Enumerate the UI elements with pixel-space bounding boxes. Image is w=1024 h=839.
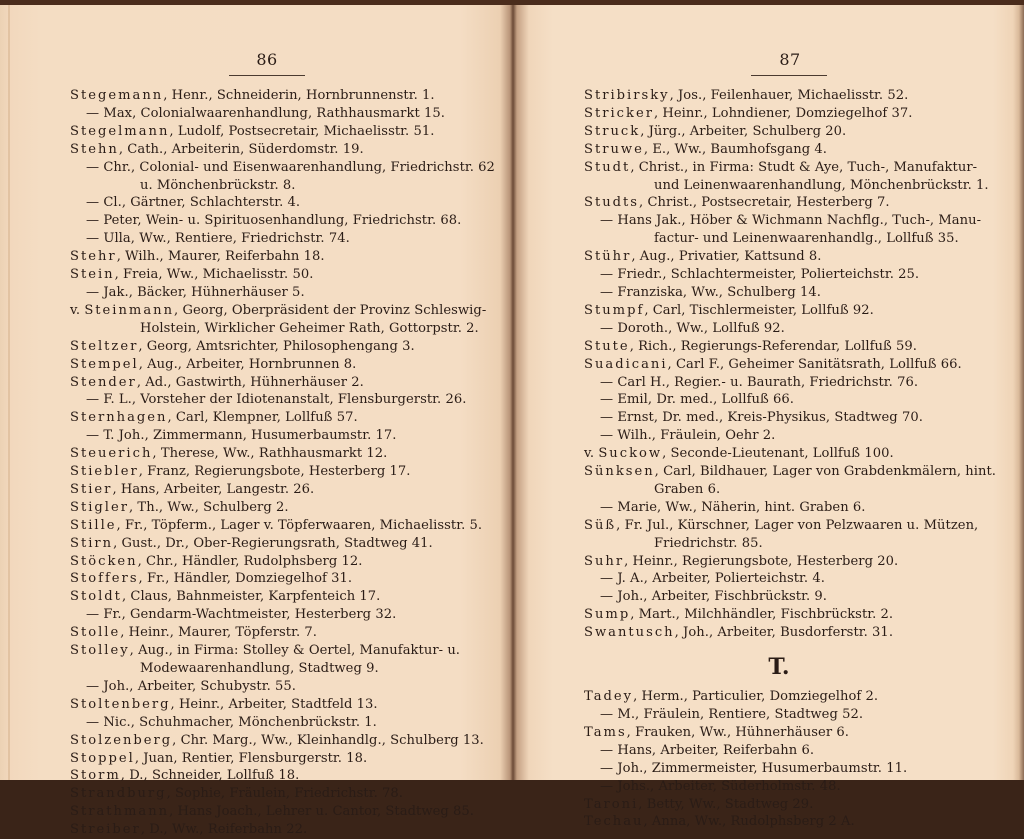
directory-entry: v. Steinmann, Georg, Oberpräsident der P… xyxy=(70,302,470,338)
surname: Süß xyxy=(584,518,616,533)
directory-entry: Stiebler, Franz, Regierungsbote, Hesterb… xyxy=(70,463,470,481)
entry-details: — Marie, Ww., Näherin, hint. Graben 6. xyxy=(600,500,866,515)
entry-details: , Carl, Bildhauer, Lager von Grabdenkmäl… xyxy=(655,464,996,479)
directory-entry: Steuerich, Therese, Ww., Rathhausmarkt 1… xyxy=(70,445,470,463)
directory-sub-entry: — F. L., Vorsteher der Idiotenanstalt, F… xyxy=(70,391,470,409)
directory-sub-entry: — Ulla, Ww., Rentiere, Friedrichstr. 74. xyxy=(70,230,470,248)
entry-details: , Carl, Tischlermeister, Lollfuß 92. xyxy=(644,303,874,318)
entry-details: — Joh., Arbeiter, Fischbrückstr. 9. xyxy=(600,589,827,604)
directory-sub-entry: — Jak., Bäcker, Hühnerhäuser 5. xyxy=(70,284,470,302)
entry-details: , Seconde-Lieutenant, Lollfuß 100. xyxy=(662,446,894,461)
surname: Steinmann xyxy=(84,303,174,318)
surname: Stute xyxy=(584,339,630,354)
directory-entry: Stigler, Th., Ww., Schulberg 2. xyxy=(70,499,470,517)
entry-details: , Carl F., Geheimer Sanitätsrath, Lollfu… xyxy=(668,357,962,372)
entry-details: , Ad., Gastwirth, Hühnerhäuser 2. xyxy=(137,375,364,390)
directory-sub-entry: — Cl., Gärtner, Schlachterstr. 4. xyxy=(70,194,470,212)
entry-details: — Ernst, Dr. med., Kreis-Physikus, Stadt… xyxy=(600,410,923,425)
surname: Struwe xyxy=(584,142,644,157)
entry-details: — T. Joh., Zimmermann, Husumerbaumstr. 1… xyxy=(86,428,397,443)
name-prefix: v. xyxy=(70,303,84,318)
entry-details: , Frauken, Ww., Hühnerhäuser 6. xyxy=(627,725,849,740)
entry-details: , Christ., Postsecretair, Hesterberg 7. xyxy=(639,195,890,210)
entry-details: — Wilh., Fräulein, Oehr 2. xyxy=(600,428,775,443)
directory-entry: Struck, Jürg., Arbeiter, Schulberg 20. xyxy=(584,123,994,141)
entry-details: , Therese, Ww., Rathhausmarkt 12. xyxy=(152,446,387,461)
surname: Stiebler xyxy=(70,464,139,479)
surname: Stille xyxy=(70,518,117,533)
directory-sub-entry: — Carl H., Regier.- u. Baurath, Friedric… xyxy=(584,374,994,392)
directory-entry: Süß, Fr. Jul., Kürschner, Lager von Pelz… xyxy=(584,517,994,553)
directory-entry: Stegelmann, Ludolf, Postsecretair, Micha… xyxy=(70,123,470,141)
entry-details: , E., Ww., Baumhofsgang 4. xyxy=(644,142,827,157)
directory-entry: Stegemann, Henr., Schneiderin, Hornbrunn… xyxy=(70,87,470,105)
entry-details: , Henr., Schneiderin, Hornbrunnenstr. 1. xyxy=(163,88,434,103)
entry-details: — Franziska, Ww., Schulberg 14. xyxy=(600,285,821,300)
directory-sub-entry: — Marie, Ww., Näherin, hint. Graben 6. xyxy=(584,499,994,517)
entry-details: — Peter, Wein- u. Spirituosenhandlung, F… xyxy=(86,213,461,228)
entry-details: — Chr., Colonial- und Eisenwaarenhandlun… xyxy=(86,160,495,175)
surname: Swantusch xyxy=(584,625,675,640)
surname: Stein xyxy=(70,267,115,282)
surname: Steltzer xyxy=(70,339,138,354)
directory-entry: Stirn, Gust., Dr., Ober-Regierungsrath, … xyxy=(70,535,470,553)
entry-details: — Fr., Gendarm-Wachtmeister, Hesterberg … xyxy=(86,607,396,622)
directory-entry: Stein, Freia, Ww., Michaelisstr. 50. xyxy=(70,266,470,284)
entry-details: , Herm., Particulier, Domziegelhof 2. xyxy=(633,689,878,704)
surname: Sünksen xyxy=(584,464,655,479)
directory-entry: Tams, Frauken, Ww., Hühnerhäuser 6. xyxy=(584,724,994,742)
directory-entry: Stute, Rich., Regierungs-Referendar, Lol… xyxy=(584,338,994,356)
entry-details: — Max, Colonialwaarenhandlung, Rathhausm… xyxy=(86,106,445,121)
directory-entry: Stoltenberg, Heinr., Arbeiter, Stadtfeld… xyxy=(70,696,470,714)
surname: Stolley xyxy=(70,643,130,658)
entry-details: , Freia, Ww., Michaelisstr. 50. xyxy=(115,267,314,282)
surname: Stigler xyxy=(70,500,129,515)
entry-continuation: Holstein, Wirklicher Geheimer Rath, Gott… xyxy=(70,320,470,338)
directory-entry: Stoppel, Juan, Rentier, Flensburgerstr. … xyxy=(70,750,470,768)
entry-details: , Fr. Jul., Kürschner, Lager von Pelzwaa… xyxy=(616,518,978,533)
directory-entry: Stolle, Heinr., Maurer, Töpferstr. 7. xyxy=(70,624,470,642)
entry-details: , Aug., Privatier, Kattsund 8. xyxy=(631,249,821,264)
entry-details: , Chr., Händler, Rudolphsberg 12. xyxy=(138,554,363,569)
entry-details: — Hans, Arbeiter, Reiferbahn 6. xyxy=(600,743,814,758)
entry-details: , Ludolf, Postsecretair, Michaelisstr. 5… xyxy=(169,124,434,139)
surname: Tams xyxy=(584,725,627,740)
page-number: 86 xyxy=(207,50,327,69)
surname: Stempel xyxy=(70,357,139,372)
entry-details: , Fr., Händler, Domziegelhof 31. xyxy=(139,571,353,586)
directory-entry: Stolley, Aug., in Firma: Stolley & Oerte… xyxy=(70,642,470,678)
directory-entry: Suhr, Heinr., Regierungsbote, Hesterberg… xyxy=(584,553,994,571)
entry-details: , Th., Ww., Schulberg 2. xyxy=(129,500,289,515)
directory-entry: Stoffers, Fr., Händler, Domziegelhof 31. xyxy=(70,570,470,588)
surname: Stoltenberg xyxy=(70,697,171,712)
entry-continuation: u. Mönchenbrückstr. 8. xyxy=(86,177,470,195)
surname: Stolle xyxy=(70,625,120,640)
entry-details: , Juan, Rentier, Flensburgerstr. 18. xyxy=(135,751,367,766)
directory-sub-entry: — Emil, Dr. med., Lollfuß 66. xyxy=(584,391,994,409)
directory-entry: Tadey, Herm., Particulier, Domziegelhof … xyxy=(584,688,994,706)
directory-entry: Stempel, Aug., Arbeiter, Hornbrunnen 8. xyxy=(70,356,470,374)
surname: Struck xyxy=(584,124,640,139)
directory-sub-entry: — Hans, Arbeiter, Reiferbahn 6. xyxy=(584,742,994,760)
surname: Stegemann xyxy=(70,88,163,103)
entry-details: , Jos., Feilenhauer, Michaelisstr. 52. xyxy=(670,88,909,103)
entry-details: — Ulla, Ww., Rentiere, Friedrichstr. 74. xyxy=(86,231,350,246)
directory-entry: Sünksen, Carl, Bildhauer, Lager von Grab… xyxy=(584,463,994,499)
directory-sub-entry: — Fr., Gendarm-Wachtmeister, Hesterberg … xyxy=(70,606,470,624)
surname: Stolzenberg xyxy=(70,733,172,748)
directory-entry: Stöcken, Chr., Händler, Rudolphsberg 12. xyxy=(70,553,470,571)
entry-details: — Jak., Bäcker, Hühnerhäuser 5. xyxy=(86,285,305,300)
directory-entry: Stühr, Aug., Privatier, Kattsund 8. xyxy=(584,248,994,266)
directory-sub-entry: — Doroth., Ww., Lollfuß 92. xyxy=(584,320,994,338)
surname: Sternhagen xyxy=(70,410,167,425)
directory-entry: Studts, Christ., Postsecretair, Hesterbe… xyxy=(584,194,994,212)
directory-entries: Stegemann, Henr., Schneiderin, Hornbrunn… xyxy=(70,87,470,780)
entry-details: — J. A., Arbeiter, Polierteichstr. 4. xyxy=(600,571,825,586)
entry-details: , Heinr., Lohndiener, Domziegelhof 37. xyxy=(654,106,913,121)
entry-details: , D., Schneider, Lollfuß 18. xyxy=(121,768,300,780)
surname: Storm xyxy=(70,768,121,780)
entry-details: , Gust., Dr., Ober-Regierungsrath, Stadt… xyxy=(113,536,433,551)
surname: Sump xyxy=(584,607,630,622)
directory-entry: Stehn, Cath., Arbeiterin, Süderdomstr. 1… xyxy=(70,141,470,159)
directory-entry: Stehr, Wilh., Maurer, Reiferbahn 18. xyxy=(70,248,470,266)
entry-details: , Heinr., Maurer, Töpferstr. 7. xyxy=(120,625,317,640)
entry-details: , Mart., Milchhändler, Fischbrückstr. 2. xyxy=(630,607,893,622)
surname: Stribirsky xyxy=(584,88,670,103)
directory-entry: Stier, Hans, Arbeiter, Langestr. 26. xyxy=(70,481,470,499)
directory-sub-entry: — J. A., Arbeiter, Polierteichstr. 4. xyxy=(584,570,994,588)
entry-details: , Christ., in Firma: Studt & Aye, Tuch-,… xyxy=(630,160,977,175)
surname: Stirn xyxy=(70,536,113,551)
directory-sub-entry: — Joh., Arbeiter, Schubystr. 55. xyxy=(70,678,470,696)
surname: Suhr xyxy=(584,554,624,569)
directory-sub-entry: — Ernst, Dr. med., Kreis-Physikus, Stadt… xyxy=(584,409,994,427)
directory-sub-entry: — Peter, Wein- u. Spirituosenhandlung, F… xyxy=(70,212,470,230)
surname: Stoldt xyxy=(70,589,122,604)
directory-sub-entry: — Hans Jak., Höber & Wichmann Nachflg., … xyxy=(584,212,994,248)
directory-entry: Storm, D., Schneider, Lollfuß 18. xyxy=(70,767,470,780)
entry-details: — Doroth., Ww., Lollfuß 92. xyxy=(600,321,785,336)
right-page: 87 Stribirsky, Jos., Feilenhauer, Michae… xyxy=(513,5,1024,780)
surname: Stoppel xyxy=(70,751,135,766)
page-number: 87 xyxy=(730,50,850,69)
surname: Suadicani xyxy=(584,357,668,372)
entry-details: — Carl H., Regier.- u. Baurath, Friedric… xyxy=(600,375,918,390)
directory-sub-entry: — Joh., Zimmermeister, Husumerbaumstr. 1… xyxy=(584,760,994,778)
entry-continuation: Friedrichstr. 85. xyxy=(584,535,994,553)
entry-details: , Rich., Regierungs-Referendar, Lollfuß … xyxy=(630,339,917,354)
name-prefix: v. xyxy=(584,446,598,461)
directory-sub-entry: — Wilh., Fräulein, Oehr 2. xyxy=(584,427,994,445)
directory-entry: Suadicani, Carl F., Geheimer Sanitätsrat… xyxy=(584,356,994,374)
directory-sub-entry: — Max, Colonialwaarenhandlung, Rathhausm… xyxy=(70,105,470,123)
directory-entry: Stumpf, Carl, Tischlermeister, Lollfuß 9… xyxy=(584,302,994,320)
directory-sub-entry: — T. Joh., Zimmermann, Husumerbaumstr. 1… xyxy=(70,427,470,445)
directory-entry: v. Suckow, Seconde-Lieutenant, Lollfuß 1… xyxy=(584,445,994,463)
surname: Stricker xyxy=(584,106,654,121)
entry-details: , Hans, Arbeiter, Langestr. 26. xyxy=(112,482,314,497)
entry-details: , Heinr., Regierungsbote, Hesterberg 20. xyxy=(624,554,898,569)
entry-details: — M., Fräulein, Rentiere, Stadtweg 52. xyxy=(600,707,863,722)
entry-details: , Fr., Töpferm., Lager v. Töpferwaaren, … xyxy=(117,518,483,533)
surname: Stender xyxy=(70,375,137,390)
surname: Suckow xyxy=(598,446,662,461)
surname: Tadey xyxy=(584,689,633,704)
entry-details: , Cath., Arbeiterin, Süderdomstr. 19. xyxy=(119,142,364,157)
directory-sub-entry: — Franziska, Ww., Schulberg 14. xyxy=(584,284,994,302)
entry-details: — Cl., Gärtner, Schlachterstr. 4. xyxy=(86,195,300,210)
directory-sub-entry: — Nic., Schuhmacher, Mönchenbrückstr. 1. xyxy=(70,714,470,732)
directory-sub-entry: — Friedr., Schlachtermeister, Polierteic… xyxy=(584,266,994,284)
directory-sub-entry: — Joh., Arbeiter, Fischbrückstr. 9. xyxy=(584,588,994,606)
entry-details: , Heinr., Arbeiter, Stadtfeld 13. xyxy=(171,697,378,712)
surname: Stühr xyxy=(584,249,631,264)
entry-details: , Jürg., Arbeiter, Schulberg 20. xyxy=(640,124,846,139)
entry-details: , Claus, Bahnmeister, Karpfenteich 17. xyxy=(122,589,380,604)
entry-details: — Hans Jak., Höber & Wichmann Nachflg., … xyxy=(600,213,981,228)
surname: Stöcken xyxy=(70,554,138,569)
directory-entries: Stribirsky, Jos., Feilenhauer, Michaelis… xyxy=(584,87,994,780)
directory-entry: Stille, Fr., Töpferm., Lager v. Töpferwa… xyxy=(70,517,470,535)
entry-details: , Chr. Marg., Ww., Kleinhandlg., Schulbe… xyxy=(172,733,484,748)
surname: Stegelmann xyxy=(70,124,169,139)
directory-entry: Sternhagen, Carl, Klempner, Lollfuß 57. xyxy=(70,409,470,427)
surname: Stehr xyxy=(70,249,117,264)
entry-details: , Joh., Arbeiter, Busdorferstr. 31. xyxy=(675,625,893,640)
entry-details: , Georg, Oberpräsident der Provinz Schle… xyxy=(174,303,486,318)
entry-details: — F. L., Vorsteher der Idiotenanstalt, F… xyxy=(86,392,466,407)
directory-entry: Steltzer, Georg, Amtsrichter, Philosophe… xyxy=(70,338,470,356)
entry-continuation: und Leinenwaarenhandlung, Mönchenbrückst… xyxy=(584,177,994,195)
directory-entry: Stolzenberg, Chr. Marg., Ww., Kleinhandl… xyxy=(70,732,470,750)
surname: Steuerich xyxy=(70,446,152,461)
surname: Studt xyxy=(584,160,630,175)
directory-entry: Stribirsky, Jos., Feilenhauer, Michaelis… xyxy=(584,87,994,105)
entry-details: , Franz, Regierungsbote, Hesterberg 17. xyxy=(139,464,411,479)
directory-entry: Struwe, E., Ww., Baumhofsgang 4. xyxy=(584,141,994,159)
directory-entry: Stricker, Heinr., Lohndiener, Domziegelh… xyxy=(584,105,994,123)
entry-details: — Emil, Dr. med., Lollfuß 66. xyxy=(600,392,794,407)
entry-details: — Friedr., Schlachtermeister, Polierteic… xyxy=(600,267,919,282)
entry-details: — Nic., Schuhmacher, Mönchenbrückstr. 1. xyxy=(86,715,377,730)
directory-entry: Stoldt, Claus, Bahnmeister, Karpfenteich… xyxy=(70,588,470,606)
entry-continuation: factur- und Leinenwaarenhandlg., Lollfuß… xyxy=(600,230,994,248)
entry-details: , Carl, Klempner, Lollfuß 57. xyxy=(167,410,357,425)
entry-details: , Aug., Arbeiter, Hornbrunnen 8. xyxy=(139,357,357,372)
page-number-rule xyxy=(751,75,827,76)
surname: Stumpf xyxy=(584,303,644,318)
entry-continuation: Modewaarenhandlung, Stadtweg 9. xyxy=(70,660,470,678)
entry-details: , Aug., in Firma: Stolley & Oertel, Manu… xyxy=(130,643,460,658)
directory-sub-entry: — M., Fräulein, Rentiere, Stadtweg 52. xyxy=(584,706,994,724)
entry-details: — Joh., Zimmermeister, Husumerbaumstr. 1… xyxy=(600,761,907,776)
directory-sub-entry: — Chr., Colonial- und Eisenwaarenhandlun… xyxy=(70,159,470,195)
entry-details: , Wilh., Maurer, Reiferbahn 18. xyxy=(117,249,325,264)
entry-details: — Joh., Arbeiter, Schubystr. 55. xyxy=(86,679,296,694)
page-number-rule xyxy=(229,75,305,76)
surname: Stoffers xyxy=(70,571,139,586)
left-page: 86 Stegemann, Henr., Schneiderin, Hornbr… xyxy=(0,5,513,780)
entry-details: , Georg, Amtsrichter, Philosophengang 3. xyxy=(138,339,414,354)
directory-entry: Studt, Christ., in Firma: Studt & Aye, T… xyxy=(584,159,994,195)
entry-continuation: Graben 6. xyxy=(584,481,994,499)
directory-entry: Sump, Mart., Milchhändler, Fischbrückstr… xyxy=(584,606,994,624)
book-spread: 86 Stegemann, Henr., Schneiderin, Hornbr… xyxy=(0,0,1024,780)
surname: Stehn xyxy=(70,142,119,157)
directory-entry: Stender, Ad., Gastwirth, Hühnerhäuser 2. xyxy=(70,374,470,392)
directory-entry: Swantusch, Joh., Arbeiter, Busdorferstr.… xyxy=(584,624,994,642)
surname: Stier xyxy=(70,482,112,497)
section-heading-letter: T. xyxy=(584,650,994,684)
surname: Studts xyxy=(584,195,639,210)
